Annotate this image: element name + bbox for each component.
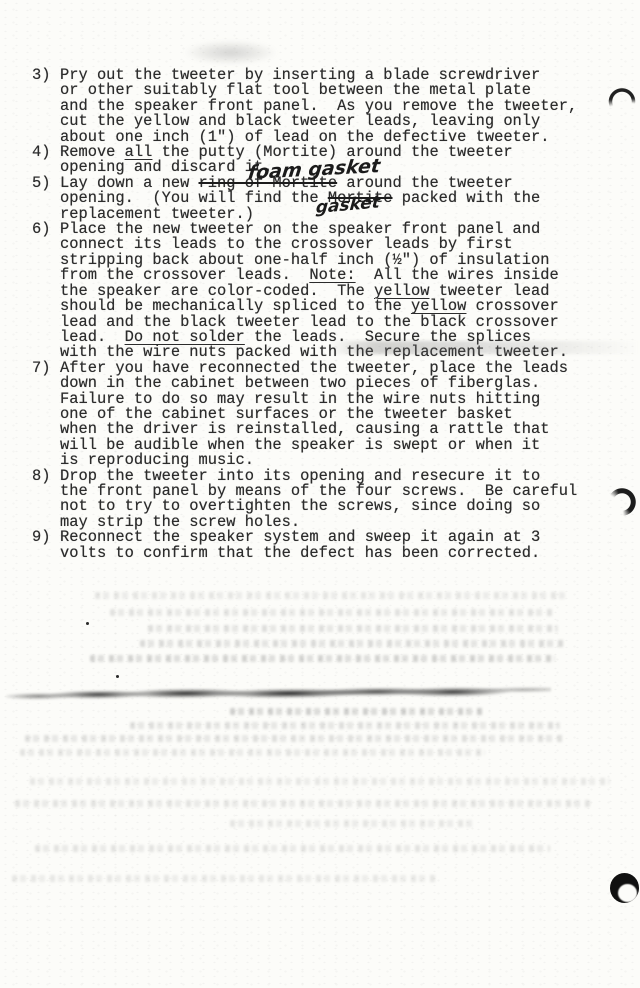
ghost-text-line	[15, 800, 590, 807]
toner-smudge-band	[6, 680, 551, 707]
ink-speck	[86, 622, 89, 625]
ghost-text-line	[12, 875, 437, 882]
item-number: 3)	[32, 68, 50, 83]
item-number: 5)	[32, 176, 50, 191]
item-number: 7)	[32, 361, 50, 376]
ghost-text-line	[140, 640, 565, 647]
ghost-text-line	[130, 722, 560, 729]
hole-punch-mark-middle	[607, 487, 637, 517]
hole-punch-mark-top	[607, 85, 637, 115]
instruction-item-9: 9)Reconnect the speaker system and sweep…	[60, 530, 612, 561]
instruction-item-3: 3)Pry out the tweeter by inserting a bla…	[60, 68, 612, 145]
hole-punch-mark-bottom	[610, 873, 639, 903]
ghost-text-line	[90, 655, 555, 662]
item-number: 4)	[32, 145, 50, 160]
gray-blotch	[183, 40, 278, 65]
ghost-text-line	[25, 735, 565, 742]
item-number: 9)	[32, 530, 50, 545]
instruction-list: 3)Pry out the tweeter by inserting a bla…	[60, 68, 612, 561]
instruction-item-8: 8)Drop the tweeter into its opening and …	[60, 469, 612, 531]
ghost-text-line	[230, 708, 485, 715]
ghost-text-line	[30, 778, 610, 785]
text-line: volts to confirm that the defect has bee…	[60, 546, 612, 561]
text-segment: packed with the	[393, 189, 541, 207]
ghost-text-line	[230, 820, 475, 827]
hole-arc	[607, 487, 637, 517]
ghost-text-line	[110, 609, 555, 616]
instruction-item-6: 6)Place the new tweeter on the speaker f…	[60, 222, 612, 361]
ink-speck	[116, 675, 119, 678]
text-segment: volts to confirm that the defect has bee…	[60, 544, 540, 562]
hole-arc	[607, 85, 637, 115]
item-number: 6)	[32, 222, 50, 237]
ghost-text-line	[95, 592, 565, 599]
ghost-text-line	[20, 749, 485, 756]
instruction-item-7: 7)After you have reconnected the tweeter…	[60, 361, 612, 469]
item-number: 8)	[32, 469, 50, 484]
ghost-text-line	[148, 625, 558, 632]
ghost-text-line	[35, 845, 550, 852]
scanned-document-page: 3)Pry out the tweeter by inserting a bla…	[0, 0, 640, 988]
